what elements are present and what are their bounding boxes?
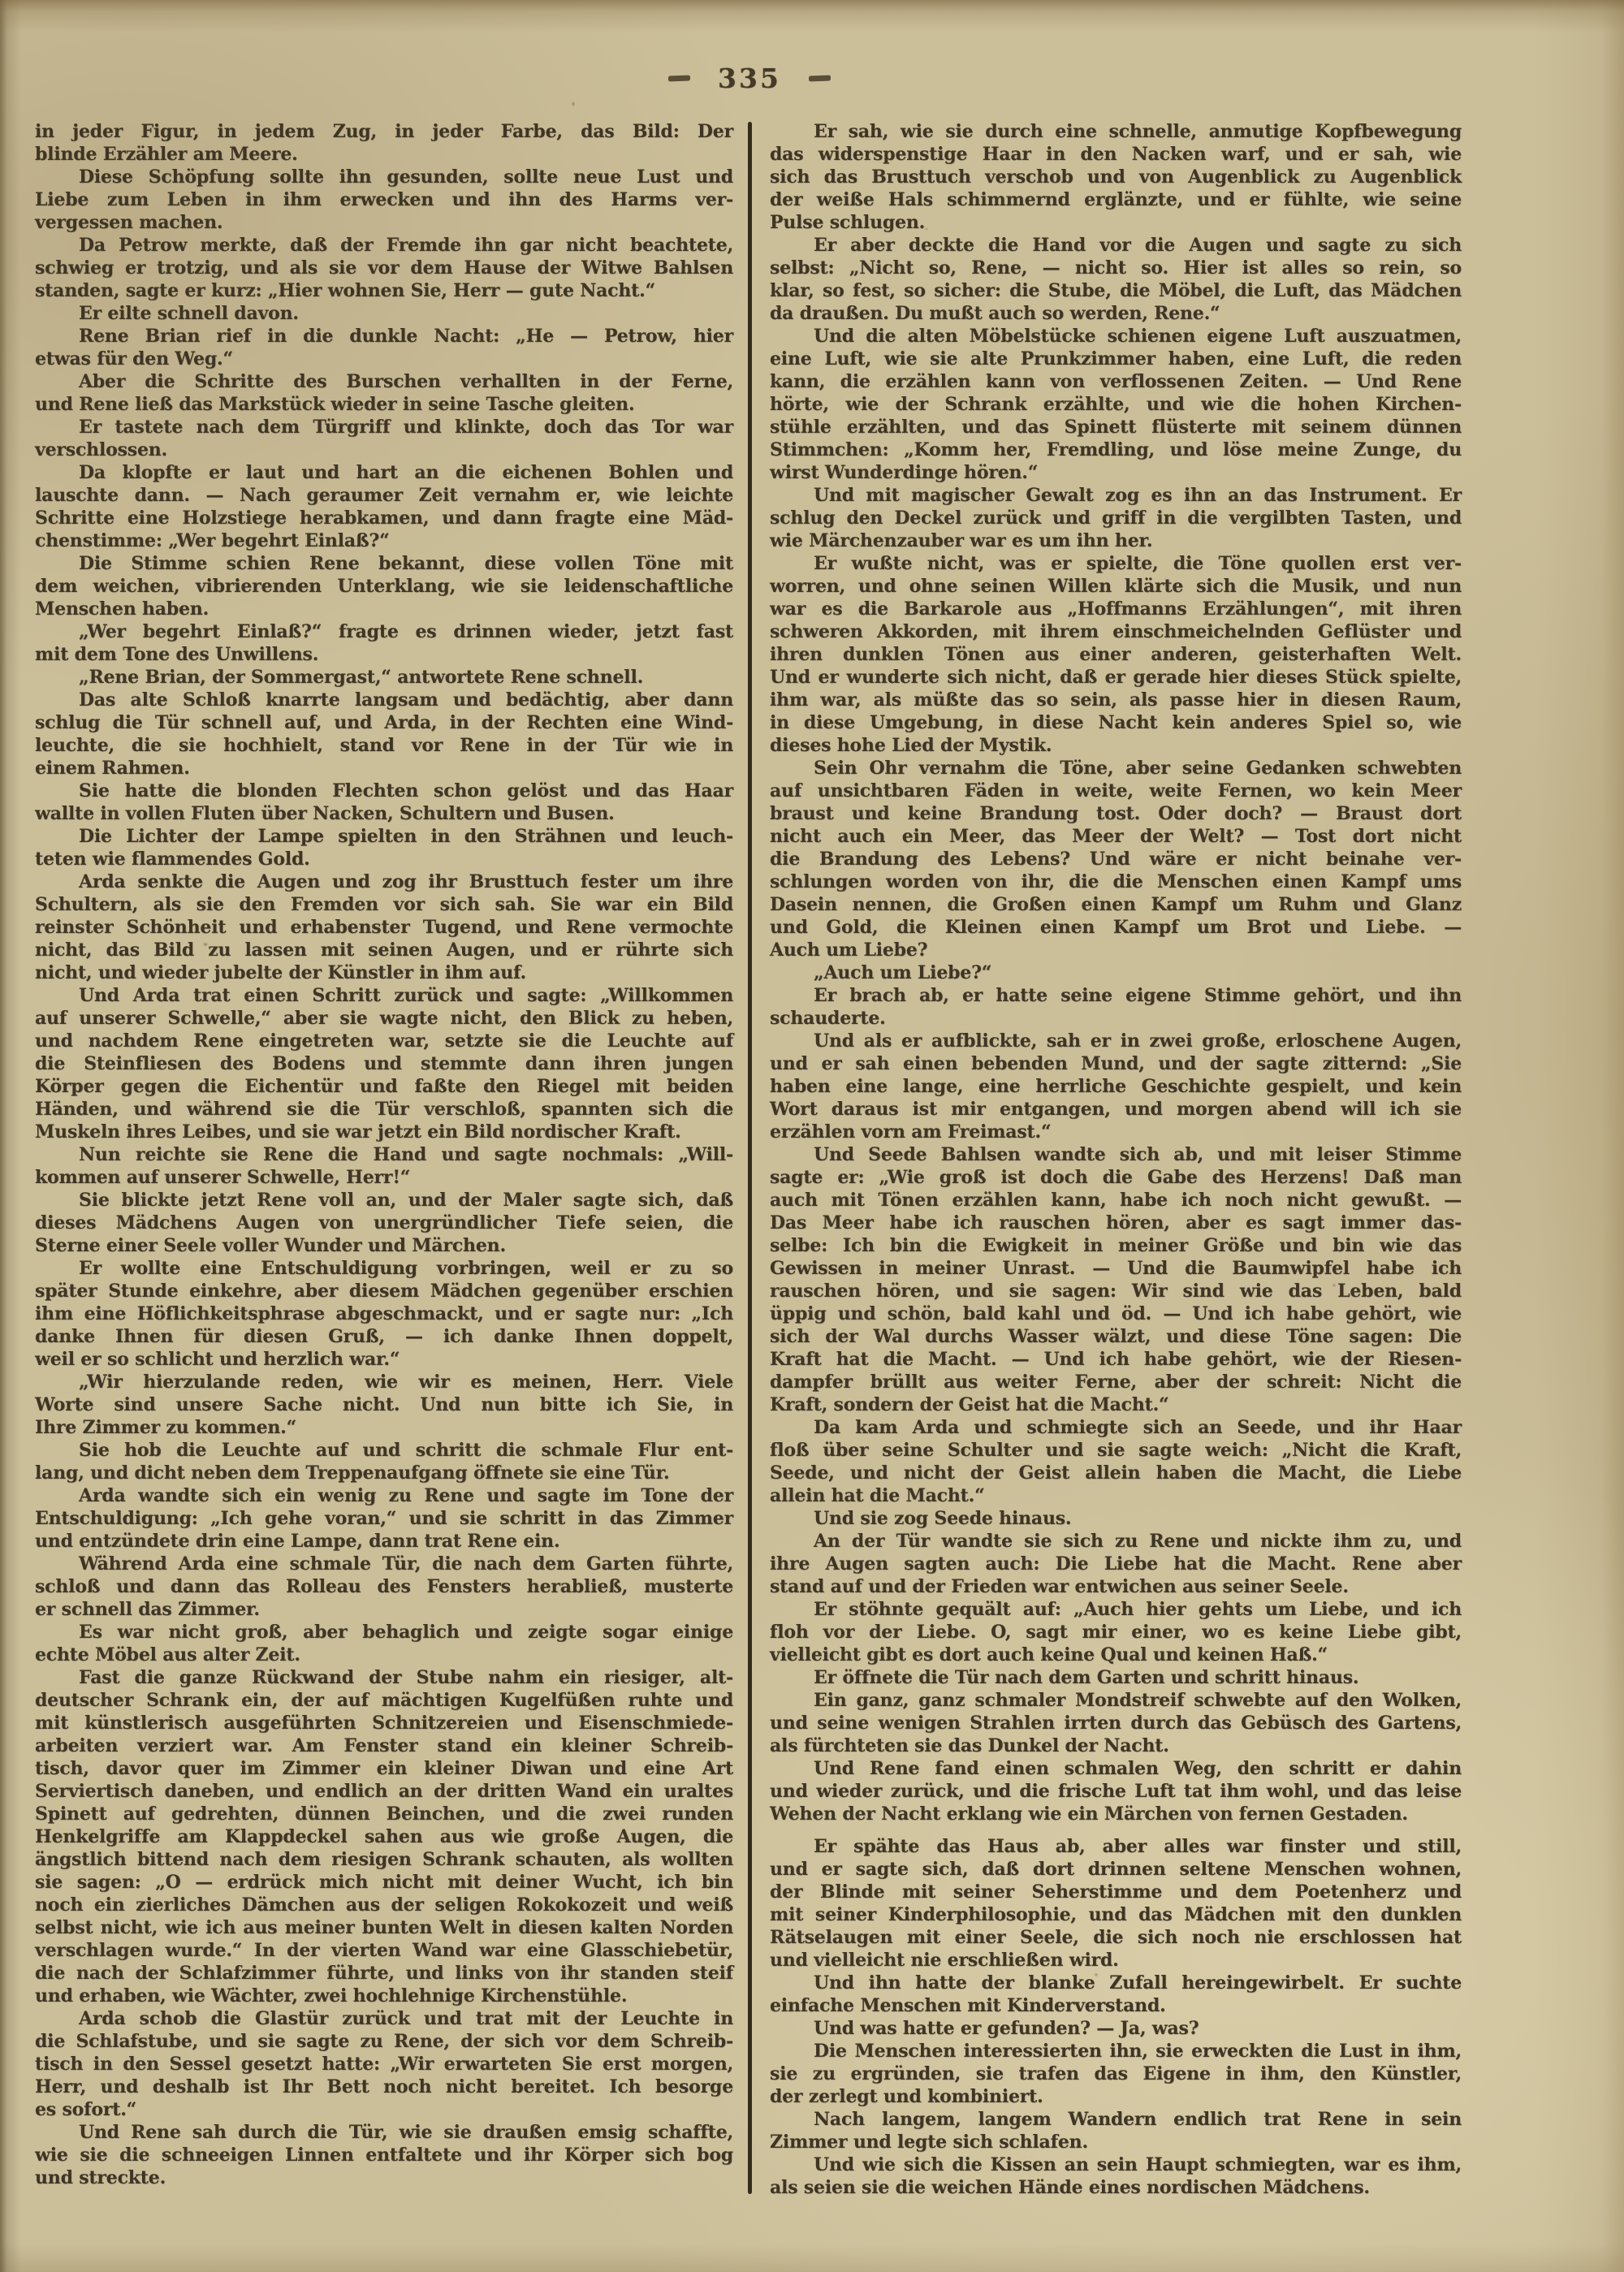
text-line: Dasein nennen, die Großen einen Kampf um… xyxy=(770,893,1462,916)
text-line: Er tastete nach dem Türgriff und klinkte… xyxy=(35,416,733,438)
text-line: deutscher Schrank ein, der auf mächtigen… xyxy=(35,1689,733,1712)
text-line: echte Möbel aus alter Zeit. xyxy=(35,1644,733,1666)
text-line: mit seiner Kinderphilosophie, und das Mä… xyxy=(770,1903,1462,1926)
left-column: in jeder Figur, in jedem Zug, in jeder F… xyxy=(35,120,733,2189)
text-line: Gewissen in meiner Unrast. — Und die Bau… xyxy=(770,1257,1462,1280)
text-line: die Brandung des Lebens? Und wäre er nic… xyxy=(770,848,1462,870)
text-line: Und mit magischer Gewalt zog es ihn an d… xyxy=(770,484,1462,507)
text-line: auch mit Tönen erzählen kann, habe ich n… xyxy=(770,1189,1462,1212)
text-line: teten wie flammendes Gold. xyxy=(35,848,733,870)
text-line: Pulse schlugen. xyxy=(770,211,1462,234)
text-line: Aber die Schritte des Burschen verhallte… xyxy=(35,370,733,393)
page-number: 335 xyxy=(718,63,781,94)
text-line: wie Märchenzauber war es um ihn her. xyxy=(770,529,1462,552)
text-line: war es die Barkarole aus „Hoffmanns Erzä… xyxy=(770,598,1462,620)
text-line: allein hat die Macht.“ xyxy=(770,1484,1462,1507)
text-line: der zerlegt und kombiniert. xyxy=(770,2085,1462,2108)
text-line: und erhaben, wie Wächter, zwei hochlehni… xyxy=(35,1985,733,2007)
text-line: üppig und schön, bald kahl und öd. — Und… xyxy=(770,1302,1462,1325)
text-line: hörte, wie der Schrank erzählte, und wie… xyxy=(770,393,1462,416)
text-line: worren, und ohne seinen Willen klärte si… xyxy=(770,575,1462,598)
text-line: haben eine lange, eine herrliche Geschic… xyxy=(770,1075,1462,1098)
text-line: leuchte, die sie hochhielt, stand vor Re… xyxy=(35,734,733,757)
text-line: standen, sagte er kurz: „Hier wohnen Sie… xyxy=(35,279,733,302)
text-line: Er öffnete die Tür nach dem Garten und s… xyxy=(770,1666,1462,1689)
text-line: die nach der Schlafzimmer führte, und li… xyxy=(35,1962,733,1985)
text-line: braust und keine Brandung tost. Oder doc… xyxy=(770,802,1462,825)
text-line: Er wußte nicht, was er spielte, die Töne… xyxy=(770,552,1462,575)
text-line: tisch, davor quer im Zimmer ein kleiner … xyxy=(35,1757,733,1780)
text-line: Worte sind unsere Sache nicht. Und nun b… xyxy=(35,1393,733,1416)
text-line: Menschen haben. xyxy=(35,598,733,620)
text-line: Und sie zog Seede hinaus. xyxy=(770,1507,1462,1530)
text-line: Fast die ganze Rückwand der Stube nahm e… xyxy=(35,1666,733,1689)
text-line: Die Stimme schien Rene bekannt, diese vo… xyxy=(35,552,733,575)
text-line: schlungen worden von ihr, die die Mensch… xyxy=(770,870,1462,893)
text-line: der Blinde mit seiner Seherstimme und de… xyxy=(770,1881,1462,1903)
text-line: schlug die Tür schnell auf, und Arda, in… xyxy=(35,711,733,734)
text-line: Da Petrow merkte, daß der Fremde ihn gar… xyxy=(35,234,733,257)
text-line: und nachdem Rene eingetreten war, setzte… xyxy=(35,1030,733,1052)
text-line: dieses hohe Lied der Mystik. xyxy=(770,734,1462,757)
text-line: als fürchteten sie das Dunkel der Nacht. xyxy=(770,1734,1462,1757)
text-line: Während Arda eine schmale Tür, die nach … xyxy=(35,1553,733,1575)
text-line: Kraft, sondern der Geist hat die Macht.“ xyxy=(770,1393,1462,1416)
text-line: nicht auch ein Meer, das Meer der Welt? … xyxy=(770,825,1462,848)
text-line: Da klopfte er laut und hart an die eiche… xyxy=(35,461,733,484)
text-line: Das alte Schloß knarrte langsam und bedä… xyxy=(35,689,733,711)
text-line: Er spähte das Haus ab, aber alles war fi… xyxy=(770,1835,1462,1858)
text-line: „Wir hierzulande reden, wie wir es meine… xyxy=(35,1371,733,1393)
text-line: Zimmer und legte sich schlafen. xyxy=(770,2131,1462,2153)
text-line: und er sagte sich, daß dort drinnen selt… xyxy=(770,1858,1462,1881)
text-line: Sein Ohr vernahm die Töne, aber seine Ge… xyxy=(770,757,1462,780)
text-line: stand auf und der Frieden war entwichen … xyxy=(770,1575,1462,1598)
text-line: Er stöhnte gequält auf: „Auch hier gehts… xyxy=(770,1598,1462,1621)
text-line: auf unsichtbaren Fäden in weite, weite F… xyxy=(770,780,1462,802)
text-line: erzählen vorn am Freimast.“ xyxy=(770,1121,1462,1143)
text-line: Sterne einer Seele voller Wunder und Mär… xyxy=(35,1234,733,1257)
text-line: Arda wandte sich ein wenig zu Rene und s… xyxy=(35,1484,733,1507)
text-line: kommen auf unserer Schwelle, Herr!“ xyxy=(35,1166,733,1189)
text-line: Rätselaugen mit einer Seele, die sich no… xyxy=(770,1926,1462,1949)
text-line: schlug den Deckel zurück und griff in di… xyxy=(770,507,1462,529)
text-line: Nach langem, langem Wandern endlich trat… xyxy=(770,2108,1462,2131)
header-dash-right-icon xyxy=(809,75,831,81)
text-line: selbst: „Nicht so, Rene, — nicht so. Hie… xyxy=(770,257,1462,279)
page: { "header": { "page_number": "335" }, "c… xyxy=(0,0,1624,2272)
text-line: Entschuldigung: „Ich gehe voran,“ und si… xyxy=(35,1507,733,1530)
text-line: Diese Schöpfung sollte ihn gesunden, sol… xyxy=(35,166,733,188)
text-line: und vielleicht nie erschließen wird. xyxy=(770,1949,1462,1972)
text-line: sie zu ergründen, sie trafen das Eigene … xyxy=(770,2063,1462,2085)
text-line: dampfer brüllt aus weiter Ferne, aber de… xyxy=(770,1371,1462,1393)
text-line: Er wollte eine Entschuldigung vorbringen… xyxy=(35,1257,733,1280)
text-line: die Schlafstube, und sie sagte zu Rene, … xyxy=(35,2030,733,2053)
page-header: 335 xyxy=(668,62,831,94)
text-line: dieses Mädchens Augen von unergründliche… xyxy=(35,1212,733,1234)
text-line: ihm war, als müßte das so sein, als pass… xyxy=(770,689,1462,711)
text-line: als seien sie die weichen Hände eines no… xyxy=(770,2176,1462,2199)
text-line: reinster Schönheit und erhabenster Tugen… xyxy=(35,916,733,939)
text-line: und Gold, die Kleinen einen Kampf um Bro… xyxy=(770,916,1462,939)
text-line: dem weichen, vibrierenden Unterklang, wi… xyxy=(35,575,733,598)
text-line: wirst Wunderdinge hören.“ xyxy=(770,461,1462,484)
text-line: Er aber deckte die Hand vor die Augen un… xyxy=(770,234,1462,257)
text-line: Und Rene sah durch die Tür, wie sie drau… xyxy=(35,2121,733,2144)
text-line: verschlagen wurde.“ In der vierten Wand … xyxy=(35,1939,733,1962)
text-line: arbeiten verziert war. Am Fenster stand … xyxy=(35,1734,733,1757)
text-line: sagte er: „Wie groß ist doch die Gabe de… xyxy=(770,1166,1462,1189)
text-line: schauderte. xyxy=(770,1007,1462,1030)
text-line: lang, und dicht neben dem Treppenaufgang… xyxy=(35,1462,733,1484)
text-line: schloß und dann das Rolleau des Fensters… xyxy=(35,1575,733,1598)
text-line: und entzündete drin eine Lampe, dann tra… xyxy=(35,1530,733,1553)
text-line: Und die alten Möbelstücke schienen eigen… xyxy=(770,325,1462,348)
text-line: vielleicht gibt es dort auch keine Qual … xyxy=(770,1644,1462,1666)
text-line: Und ihn hatte der blanke Zufall hereinge… xyxy=(770,1972,1462,1994)
text-line: Und wie sich die Kissen an sein Haupt sc… xyxy=(770,2153,1462,2176)
text-line: Und er wunderte sich nicht, daß er gerad… xyxy=(770,666,1462,689)
text-line: sich das Brusttuch verschob und von Auge… xyxy=(770,166,1462,188)
text-line: kann, die erzählen kann von verflossenen… xyxy=(770,370,1462,393)
text-line: Körper gegen die Eichentür und faßte den… xyxy=(35,1075,733,1098)
text-line: danke Ihnen für diesen Gruß, — ich danke… xyxy=(35,1325,733,1348)
text-line: etwas für den Weg.“ xyxy=(35,348,733,370)
text-line: floß über seine Schulter und sie sagte w… xyxy=(770,1439,1462,1462)
text-line: Schultern, als sie den Fremden vor sich … xyxy=(35,893,733,916)
text-line: Und Rene fand einen schmalen Weg, den sc… xyxy=(770,1757,1462,1780)
text-line: blinde Erzähler am Meere. xyxy=(35,143,733,166)
text-line: Und was hatte er gefunden? — Ja, was? xyxy=(770,2017,1462,2040)
text-line: ihre Augen sagten auch: Die Liebe hat di… xyxy=(770,1553,1462,1575)
text-line: Wort daraus ist mir entgangen, und morge… xyxy=(770,1098,1462,1121)
text-line: Die Lichter der Lampe spielten in den St… xyxy=(35,825,733,848)
text-line: und streckte. xyxy=(35,2166,733,2189)
text-line: er schnell das Zimmer. xyxy=(35,1598,733,1621)
text-line: Ein ganz, ganz schmaler Mondstreif schwe… xyxy=(770,1689,1462,1712)
text-line: verschlossen. xyxy=(35,438,733,461)
text-line: Und Seede Bahlsen wandte sich ab, und mi… xyxy=(770,1143,1462,1166)
text-line: Und Arda trat einen Schritt zurück und s… xyxy=(35,984,733,1007)
text-line: Seede, und nicht der Geist allein haben … xyxy=(770,1462,1462,1484)
text-line: in diese Umgebung, in diese Nacht kein a… xyxy=(770,711,1462,734)
text-line: das widerspenstige Haar in den Nacken wa… xyxy=(770,143,1462,166)
text-line: tisch in den Sessel gesetzt hatte: „Wir … xyxy=(35,2053,733,2075)
text-line: Auch um Liebe? xyxy=(770,939,1462,961)
text-line: ihren dunklen Tönen aus einer anderen, g… xyxy=(770,643,1462,666)
text-line: und Rene ließ das Markstück wieder in se… xyxy=(35,393,733,416)
text-line: wallte in vollen Fluten über Nacken, Sch… xyxy=(35,802,733,825)
text-line: Nun reichte sie Rene die Hand und sagte … xyxy=(35,1143,733,1166)
text-line: weil er so schlicht und herzlich war.“ xyxy=(35,1348,733,1371)
text-line: es sofort.“ xyxy=(35,2098,733,2121)
text-line: auf unserer Schwelle,“ aber sie wagte ni… xyxy=(35,1007,733,1030)
text-line: eine Luft, wie sie alte Prunkzimmer habe… xyxy=(770,348,1462,370)
text-line: da draußen. Du mußt auch so werden, Rene… xyxy=(770,302,1462,325)
text-line: stühle erzählten, und das Spinett flüste… xyxy=(770,416,1462,438)
text-line: Stimmchen: „Komm her, Fremdling, und lös… xyxy=(770,438,1462,461)
text-line: Rene Brian rief in die dunkle Nacht: „He… xyxy=(35,325,733,348)
text-line: Sie blickte jetzt Rene voll an, und der … xyxy=(35,1189,733,1212)
text-line: Wehen der Nacht erklang wie ein Märchen … xyxy=(770,1803,1462,1825)
text-line: selbe: Ich bin die Ewigkeit in meiner Gr… xyxy=(770,1234,1462,1257)
text-line: einfache Menschen mit Kinderverstand. xyxy=(770,1994,1462,2017)
right-column: Er sah, wie sie durch eine schnelle, anm… xyxy=(770,120,1462,2199)
text-line: „Wer begehrt Einlaß?“ fragte es drinnen … xyxy=(35,620,733,643)
text-line: Arda senkte die Augen und zog ihr Brustt… xyxy=(35,870,733,893)
text-line: schwieg er trotzig, und als sie vor dem … xyxy=(35,257,733,279)
text-line: einem Rahmen. xyxy=(35,757,733,780)
text-line: Händen, und während sie die Tür verschlo… xyxy=(35,1098,733,1121)
text-line: vergessen machen. xyxy=(35,211,733,234)
text-line: Und als er aufblickte, sah er in zwei gr… xyxy=(770,1030,1462,1052)
text-line: ihm eine Höflichkeitsphrase abgeschmackt… xyxy=(35,1302,733,1325)
text-line: der weiße Hals schimmernd erglänzte, und… xyxy=(770,188,1462,211)
text-line: lauschte dann. — Nach geraumer Zeit vern… xyxy=(35,484,733,507)
text-line: ängstlich bittend nach dem riesigen Schr… xyxy=(35,1848,733,1871)
text-line: die Steinfliesen des Bodens und stemmte … xyxy=(35,1052,733,1075)
text-line: mit künstlerisch ausgeführten Schnitzere… xyxy=(35,1712,733,1734)
text-line: klar, so fest, so sicher: die Stube, die… xyxy=(770,279,1462,302)
text-line: Schritte eine Holzstiege herabkamen, und… xyxy=(35,507,733,529)
text-line: Ihre Zimmer zu kommen.“ xyxy=(35,1416,733,1439)
text-line: und wieder zurück, und die frische Luft … xyxy=(770,1780,1462,1803)
text-line: und seine wenigen Strahlen irrten durch … xyxy=(770,1712,1462,1734)
text-line: wie sie die schneeigen Linnen entfaltete… xyxy=(35,2144,733,2166)
text-line: in jeder Figur, in jedem Zug, in jeder F… xyxy=(35,120,733,143)
text-line: noch ein zierliches Dämchen aus der seli… xyxy=(35,1894,733,1916)
text-line: sich der Wal durchs Wasser wälzt, und di… xyxy=(770,1325,1462,1348)
text-line: Muskeln ihres Leibes, und sie war jetzt … xyxy=(35,1121,733,1143)
text-line: Die Menschen interessierten ihn, sie erw… xyxy=(770,2040,1462,2063)
text-line: nicht, das Bild zu lassen mit seinen Aug… xyxy=(35,939,733,961)
text-line: rauschen hören, und sie sagen: Wir sind … xyxy=(770,1280,1462,1302)
text-line: Es war nicht groß, aber behaglich und ze… xyxy=(35,1621,733,1644)
text-line: schweren Akkorden, mit ihrem einschmeich… xyxy=(770,620,1462,643)
text-line: An der Tür wandte sie sich zu Rene und n… xyxy=(770,1530,1462,1553)
text-line: und er sah einen bebenden Mund, und der … xyxy=(770,1052,1462,1075)
text-line: Er eilte schnell davon. xyxy=(35,302,733,325)
text-line: Herr, und deshalb ist Ihr Bett noch nich… xyxy=(35,2075,733,2098)
text-line: Er sah, wie sie durch eine schnelle, anm… xyxy=(770,120,1462,143)
header-dash-left-icon xyxy=(668,75,690,81)
text-line: Spinett auf gedrehten, dünnen Beinchen, … xyxy=(35,1803,733,1825)
text-line: chenstimme: „Wer begehrt Einlaß?“ xyxy=(35,529,733,552)
text-line: Serviertisch daneben, und endlich an der… xyxy=(35,1780,733,1803)
text-line: nicht, und wieder jubelte der Künstler i… xyxy=(35,961,733,984)
text-line: Liebe zum Leben in ihm erwecken und ihn … xyxy=(35,188,733,211)
text-line: sie sagen: „O — erdrück mich nicht mit d… xyxy=(35,1871,733,1894)
text-line: mit dem Tone des Unwillens. xyxy=(35,643,733,666)
text-line: Da kam Arda und schmiegte sich an Seede,… xyxy=(770,1416,1462,1439)
text-line: Henkelgriffe am Klappdeckel sahen aus wi… xyxy=(35,1825,733,1848)
text-line: Sie hatte die blonden Flechten schon gel… xyxy=(35,780,733,802)
column-divider-rule xyxy=(748,122,752,2194)
text-line: selbst nicht, wie ich aus meiner bunten … xyxy=(35,1916,733,1939)
text-line: floh vor der Liebe. O, sagt mir einer, w… xyxy=(770,1621,1462,1644)
text-line: „Auch um Liebe?“ xyxy=(770,961,1462,984)
text-line: Arda schob die Glastür zurück und trat m… xyxy=(35,2007,733,2030)
text-line: „Rene Brian, der Sommergast,“ antwortete… xyxy=(35,666,733,689)
text-line: Er brach ab, er hatte seine eigene Stimm… xyxy=(770,984,1462,1007)
text-line: Sie hob die Leuchte auf und schritt die … xyxy=(35,1439,733,1462)
text-line: Kraft hat die Macht. — Und ich habe gehö… xyxy=(770,1348,1462,1371)
text-line: Das Meer habe ich rauschen hören, aber e… xyxy=(770,1212,1462,1234)
text-line: später Stunde einkehre, aber diesem Mädc… xyxy=(35,1280,733,1302)
